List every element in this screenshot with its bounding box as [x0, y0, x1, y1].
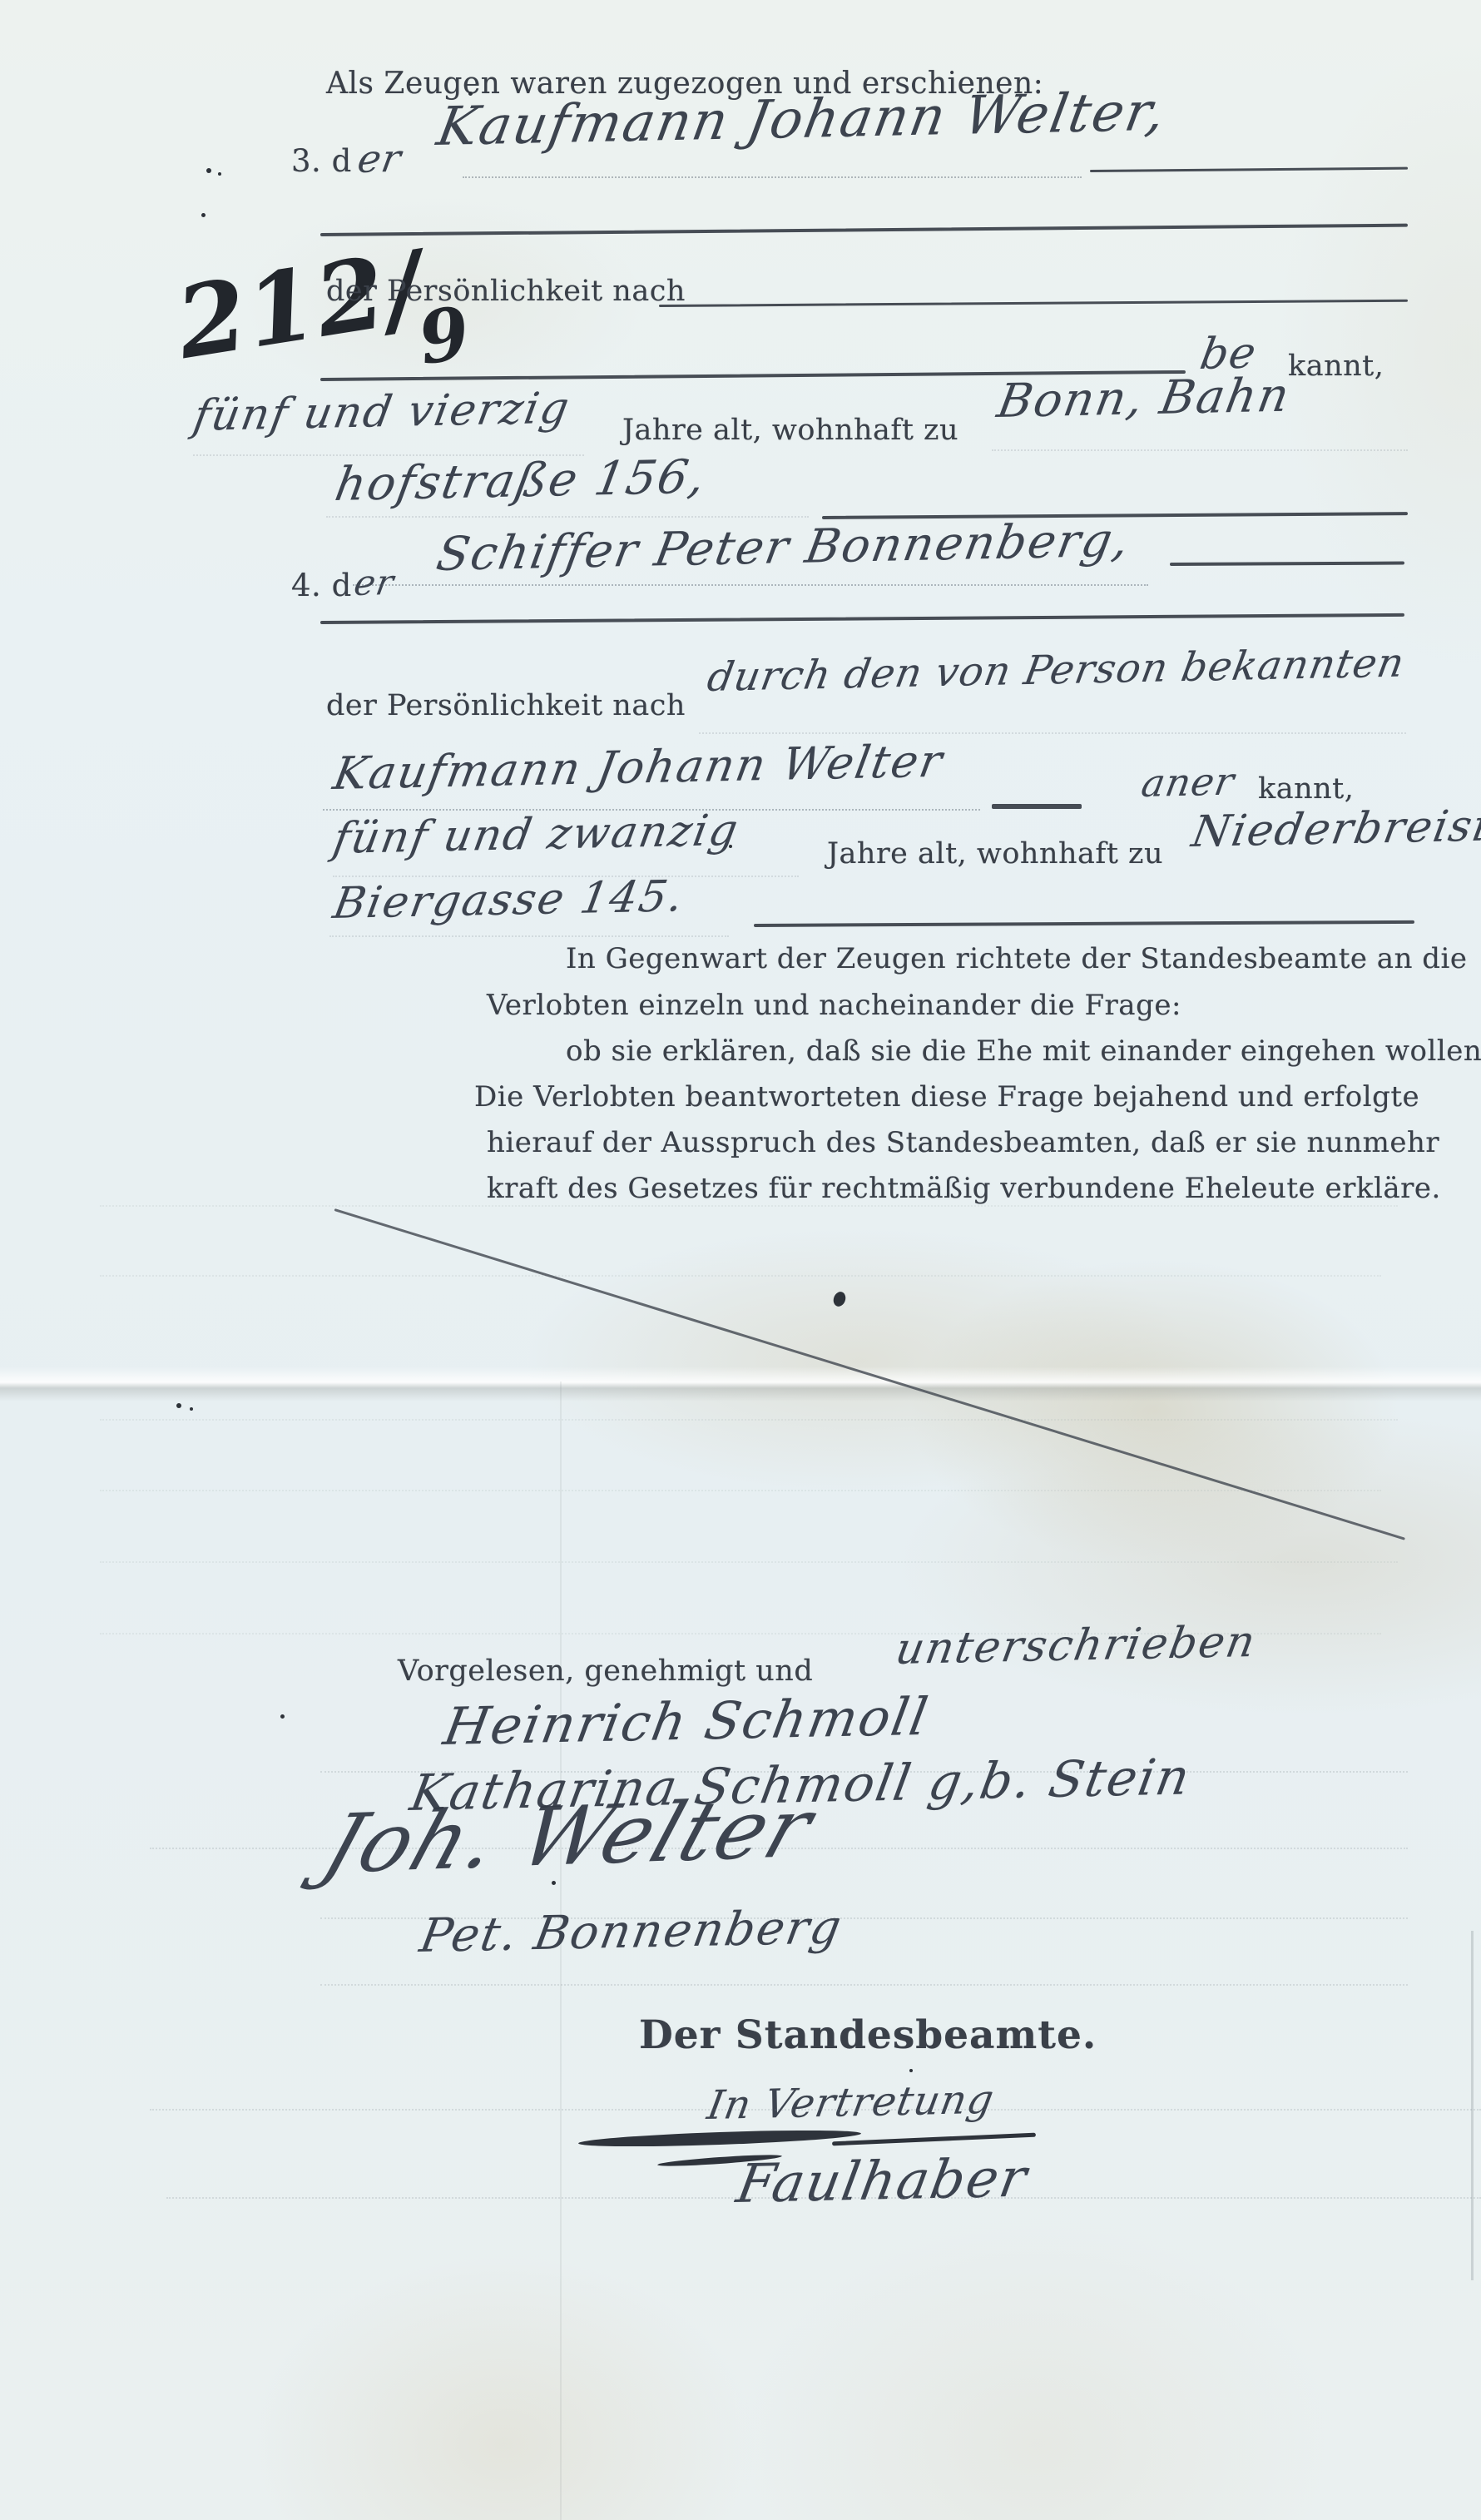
horizontal-fold-crease: [0, 1367, 1481, 1401]
witness3-age-printed: Jahre alt, wohnhaft zu: [622, 414, 958, 447]
ruling-line: [150, 2109, 1481, 2111]
declaration-line-3: ob sie erklären, daß sie die Ehe mit ein…: [566, 1034, 1481, 1068]
fill-in-rule: [754, 920, 1414, 927]
ruling-line: [100, 1205, 1398, 1207]
fill-in-rule: [1170, 562, 1404, 566]
blank-rule: [320, 224, 1408, 236]
fill-in-dotted-line: [992, 449, 1408, 451]
ink-speck: [218, 172, 221, 176]
ink-speck: [206, 168, 211, 173]
signature-ruling: [320, 1984, 1408, 1986]
document-page: 212/9 Als Zeugen waren zugezogen und ers…: [0, 0, 1481, 2520]
declaration-line-6: kraft des Gesetzes für rechtmäßig verbun…: [487, 1172, 1441, 1205]
ink-speck: [909, 2069, 913, 2072]
fill-in-dotted-line: [463, 176, 1082, 178]
closing-printed-text: Vorgelesen, genehmigt und: [398, 1654, 813, 1688]
ruling-line: [100, 1561, 1398, 1563]
witness4-residence-line2-handwriting: Biergasse 145.: [329, 871, 688, 929]
witness4-number-prefix: 4. d: [291, 568, 352, 603]
signature-groom: Heinrich Schmoll: [439, 1686, 934, 1757]
ink-speck: [201, 213, 206, 217]
witness3-known-label: der Persönlichkeit nach: [326, 275, 686, 308]
declaration-line-1: In Gegenwart der Zeugen richtete der Sta…: [566, 942, 1468, 975]
blank-rule: [320, 613, 1404, 624]
witness3-age-handwriting: fünf und vierzig: [190, 384, 574, 441]
registrar-title: Der Standesbeamte.: [639, 2012, 1097, 2058]
ink-speck: [729, 845, 732, 848]
signature-witness3: Joh. Welter: [312, 1781, 825, 1892]
ruling-line: [166, 2197, 1481, 2199]
witness3-residence-handwriting: Bonn, Bahn: [993, 369, 1295, 429]
ink-speck: [280, 1714, 285, 1719]
ink-speck: [552, 1881, 556, 1885]
ruling-line: [100, 1419, 1398, 1421]
witness4-known-handwriting-3: aner: [1138, 759, 1238, 806]
ruling-line: [100, 1275, 1381, 1277]
witness4-known-label: der Persönlichkeit nach: [326, 689, 686, 722]
witness4-name-handwriting: Schiffer Peter Bonnenberg,: [433, 513, 1134, 582]
closing-handwriting: unterschrieben: [892, 1617, 1261, 1674]
witness4-known-handwriting-1: durch den von Person bekannten: [704, 640, 1409, 701]
paper-right-edge: [1471, 1931, 1474, 2280]
fill-in-dotted-line: [329, 935, 729, 937]
registrar-signature: Faulhaber: [732, 2148, 1033, 2215]
ruling-line: [100, 1490, 1381, 1491]
ink-speck: [176, 1403, 181, 1408]
witness3-residence-line2-handwriting: hofstraße 156,: [331, 450, 711, 512]
fill-in-rule: [659, 300, 1408, 307]
representation-handwriting: In Vertretung: [704, 2076, 998, 2129]
short-blank-stroke: [992, 804, 1082, 809]
signature-witness4: Pet. Bonnenberg: [416, 1900, 846, 1963]
pen-flourish-stroke: [832, 2133, 1036, 2146]
witness4-residence-handwriting: Niederbreisig,: [1188, 800, 1481, 857]
ink-speck: [468, 92, 473, 96]
fill-in-rule: [1090, 167, 1408, 172]
fill-in-dotted-line: [699, 732, 1406, 734]
declaration-line-5: hierauf der Ausspruch des Standesbeamten…: [487, 1126, 1439, 1159]
witness3-number-prefix: 3. d: [291, 143, 352, 179]
declaration-line-4: Die Verlobten beantworteten diese Frage …: [474, 1080, 1419, 1114]
witness4-article-handwriting: er: [351, 562, 398, 603]
witness3-known-suffix: kannt,: [1288, 350, 1384, 383]
witness4-known-suffix: kannt,: [1258, 772, 1354, 806]
declaration-line-2: Verlobten einzeln und nacheinander die F…: [487, 989, 1181, 1022]
witness4-known-handwriting-2: Kaufmann Johann Welter: [329, 735, 948, 800]
pen-flourish-stroke: [578, 2127, 861, 2150]
witness4-age-printed: Jahre alt, wohnhaft zu: [827, 837, 1163, 871]
ink-speck: [190, 1407, 193, 1411]
witness4-age-handwriting: fünf und zwanzig: [329, 806, 743, 864]
ink-blot: [831, 1290, 847, 1308]
fill-in-dotted-line: [353, 584, 1148, 586]
fill-in-dotted-line: [326, 516, 809, 518]
witness3-article-handwriting: er: [354, 136, 405, 181]
